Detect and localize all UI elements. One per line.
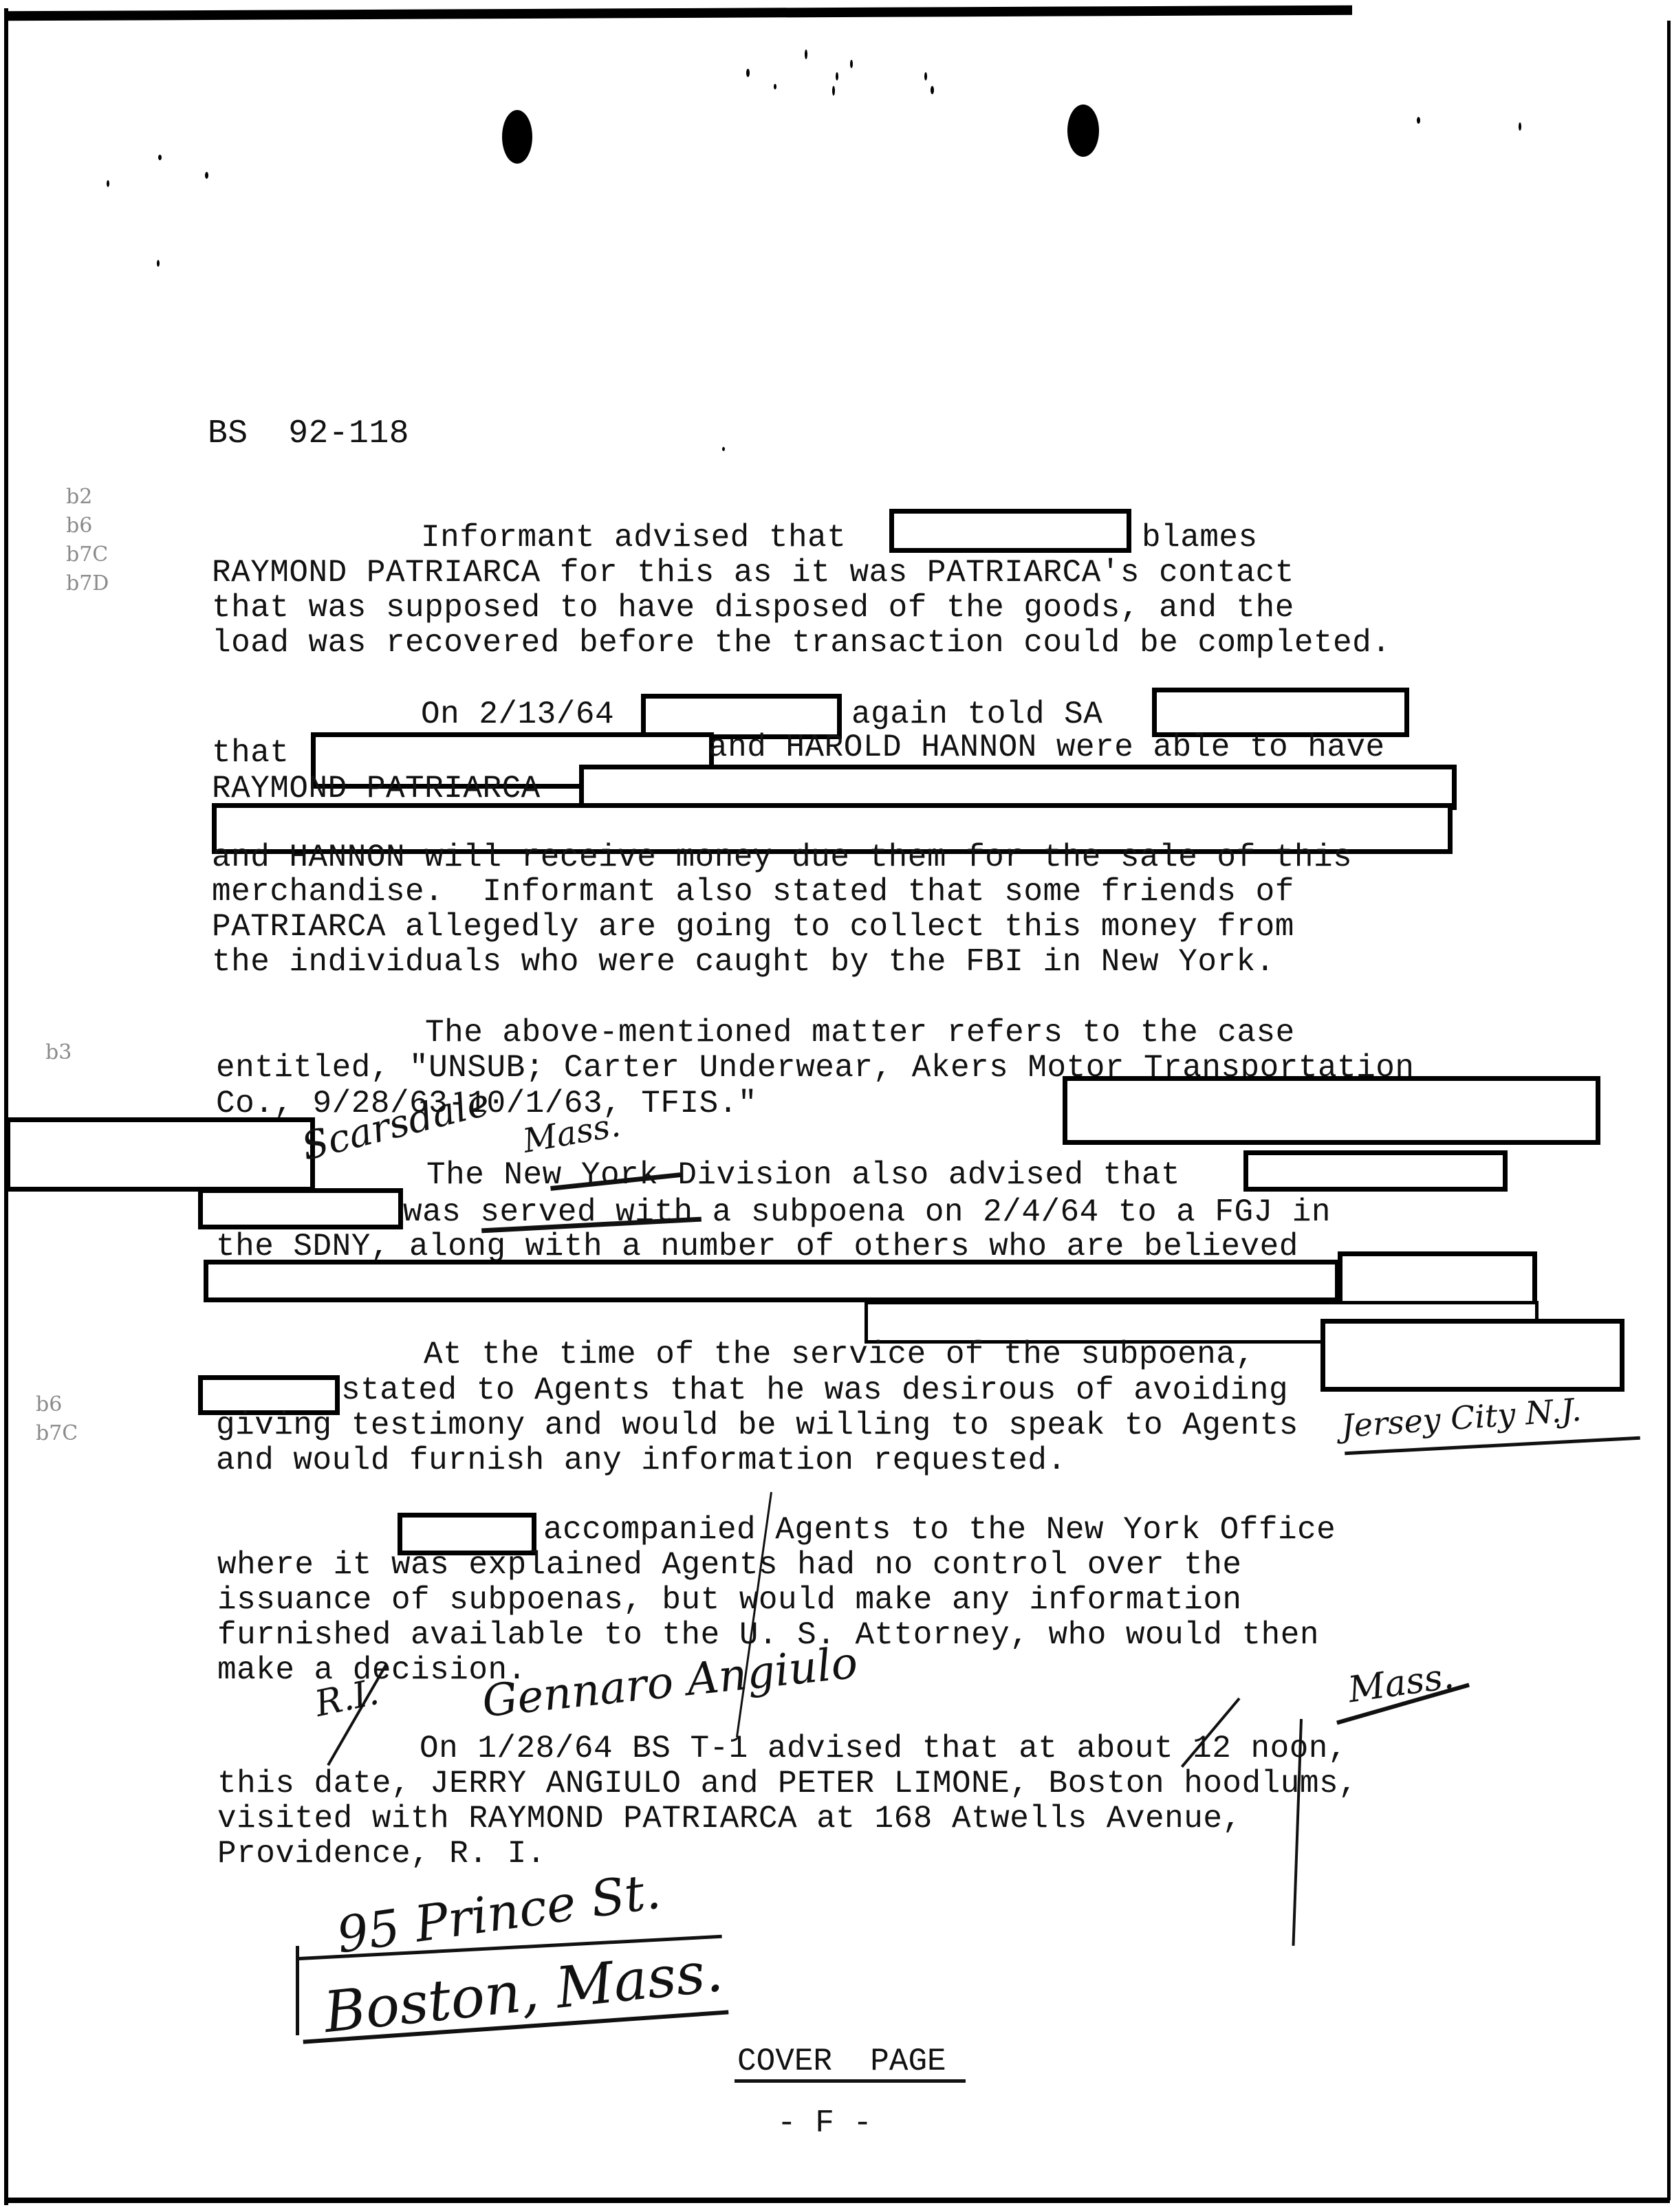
scan-speck xyxy=(158,155,162,160)
body-line: and HANNON will receive money due them f… xyxy=(212,840,1352,875)
exemption-code: b7D xyxy=(66,568,109,600)
redaction-box xyxy=(6,1117,315,1192)
redaction-box xyxy=(1320,1319,1624,1392)
exemption-code: b2 xyxy=(66,481,92,513)
page-marker: - F - xyxy=(777,2105,872,2141)
scan-speck xyxy=(774,84,776,89)
cover-page-label: COVER PAGE xyxy=(737,2044,946,2079)
body-line: was served with a subpoena on 2/4/64 to … xyxy=(403,1195,1331,1230)
body-line: this date, JERRY ANGIULO and PETER LIMON… xyxy=(217,1766,1358,1802)
body-line: blames xyxy=(1142,521,1258,556)
exemption-code: b6 xyxy=(36,1389,62,1421)
body-line: The above-mentioned matter refers to the… xyxy=(425,1016,1295,1051)
redaction-box xyxy=(204,1260,1340,1302)
punch-hole-right xyxy=(1067,105,1099,157)
body-line: where it was explained Agents had no con… xyxy=(217,1548,1242,1583)
document-page: BS 92-118 b2 b6 b7C b7D Informant advise… xyxy=(0,0,1674,2212)
body-line: RAYMOND PATRIARCA for this as it was PAT… xyxy=(212,556,1294,591)
handwritten-box-left xyxy=(296,1946,299,2035)
body-line: Providence, R. I. xyxy=(217,1837,546,1872)
punch-hole-left xyxy=(502,110,532,164)
body-line: accompanied Agents to the New York Offic… xyxy=(543,1513,1336,1548)
scan-border-left xyxy=(4,8,8,2205)
exemption-code: b7C xyxy=(66,539,108,571)
body-line: that xyxy=(212,736,289,771)
scan-border-bottom xyxy=(4,2198,1670,2203)
body-line: stated to Agents that he was desirous of… xyxy=(341,1373,1288,1408)
redaction-box xyxy=(889,509,1131,553)
scan-speck xyxy=(157,260,160,267)
scan-speck xyxy=(1417,117,1420,124)
body-line: merchandise. Informant also stated that … xyxy=(212,875,1294,910)
body-line: Informant advised that xyxy=(421,521,846,556)
exemption-code: b7C xyxy=(36,1418,78,1449)
body-line: On 1/28/64 BS T-1 advised that at about … xyxy=(420,1731,1347,1766)
body-line: the individuals who were caught by the F… xyxy=(212,945,1275,980)
body-line: giving testimony and would be willing to… xyxy=(216,1408,1298,1443)
scan-speck xyxy=(924,72,927,80)
scan-speck xyxy=(836,72,838,80)
body-line: and would furnish any information reques… xyxy=(216,1443,1067,1478)
scan-speck xyxy=(931,86,934,94)
file-number: BS 92-118 xyxy=(208,417,409,452)
scan-speck xyxy=(1519,122,1521,131)
body-line: On 2/13/64 xyxy=(421,697,614,732)
redaction-box xyxy=(198,1188,403,1229)
body-line: PATRIARCA allegedly are going to collect… xyxy=(212,910,1294,945)
body-line: again told SA xyxy=(851,697,1102,732)
body-line: and HAROLD HANNON were able to have xyxy=(708,730,1385,765)
scan-speck xyxy=(746,69,750,77)
body-line: At the time of the service of the subpoe… xyxy=(424,1337,1255,1372)
body-line: The New York Division also advised that xyxy=(426,1158,1180,1193)
scan-speck xyxy=(205,172,208,179)
body-line: visited with RAYMOND PATRIARCA at 168 At… xyxy=(217,1802,1242,1837)
scan-speck xyxy=(107,180,109,187)
redaction-box xyxy=(1063,1076,1600,1145)
redaction-box xyxy=(1243,1150,1508,1192)
handwritten-annotation: Jersey City N.J. xyxy=(1340,1391,1583,1445)
body-line: issuance of subpoenas, but would make an… xyxy=(217,1583,1242,1618)
exemption-code: b6 xyxy=(66,510,92,542)
scan-speck xyxy=(722,447,725,451)
scan-speck xyxy=(832,86,835,96)
body-line: load was recovered before the transactio… xyxy=(212,626,1391,661)
body-line: that was supposed to have disposed of th… xyxy=(212,591,1294,626)
cover-page-underline xyxy=(735,2079,966,2083)
exemption-code: b3 xyxy=(45,1037,72,1069)
scan-speck xyxy=(850,60,853,68)
scan-border-top xyxy=(4,6,1352,21)
scan-speck xyxy=(805,50,807,59)
scan-border-right xyxy=(1667,21,1671,2200)
body-line: RAYMOND PATRIARCA xyxy=(212,771,541,807)
